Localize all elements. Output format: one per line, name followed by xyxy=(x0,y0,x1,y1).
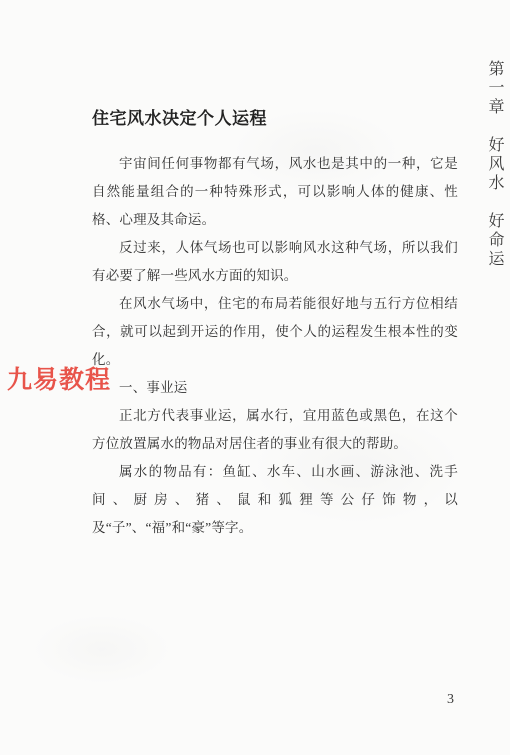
paragraph-4: 正北方代表事业运，属水行，宜用蓝色或黑色，在这个方位放置属水的物品对居住者的事业… xyxy=(92,402,458,458)
section-heading-career-luck: 一、事业运 xyxy=(92,374,458,402)
chapter-header-vertical: 第一章 好风水 好命运 xyxy=(488,60,506,269)
page-number: 3 xyxy=(447,692,454,708)
paragraph-5: 属水的物品有：鱼缸、水车、山水画、游泳池、洗手间、厨房、猪、鼠和狐狸等公仔饰物，… xyxy=(92,458,458,542)
paragraph-1: 宇宙间任何事物都有气场，风水也是其中的一种，它是自然能量组合的一种特殊形式，可以… xyxy=(92,150,458,234)
body-text: 宇宙间任何事物都有气场，风水也是其中的一种，它是自然能量组合的一种特殊形式，可以… xyxy=(92,150,458,542)
paragraph-3: 在风水气场中，住宅的布局若能很好地与五行方位相结合，就可以起到开运的作用，使个人… xyxy=(92,290,458,374)
paragraph-2: 反过来，人体气场也可以影响风水这种气场，所以我们有必要了解一些风水方面的知识。 xyxy=(92,234,458,290)
book-page: 第一章 好风水 好命运 住宅风水决定个人运程 宇宙间任何事物都有气场，风水也是其… xyxy=(0,0,510,755)
watermark-text: 九易教程 xyxy=(7,360,111,396)
page-title: 住宅风水决定个人运程 xyxy=(92,104,267,129)
